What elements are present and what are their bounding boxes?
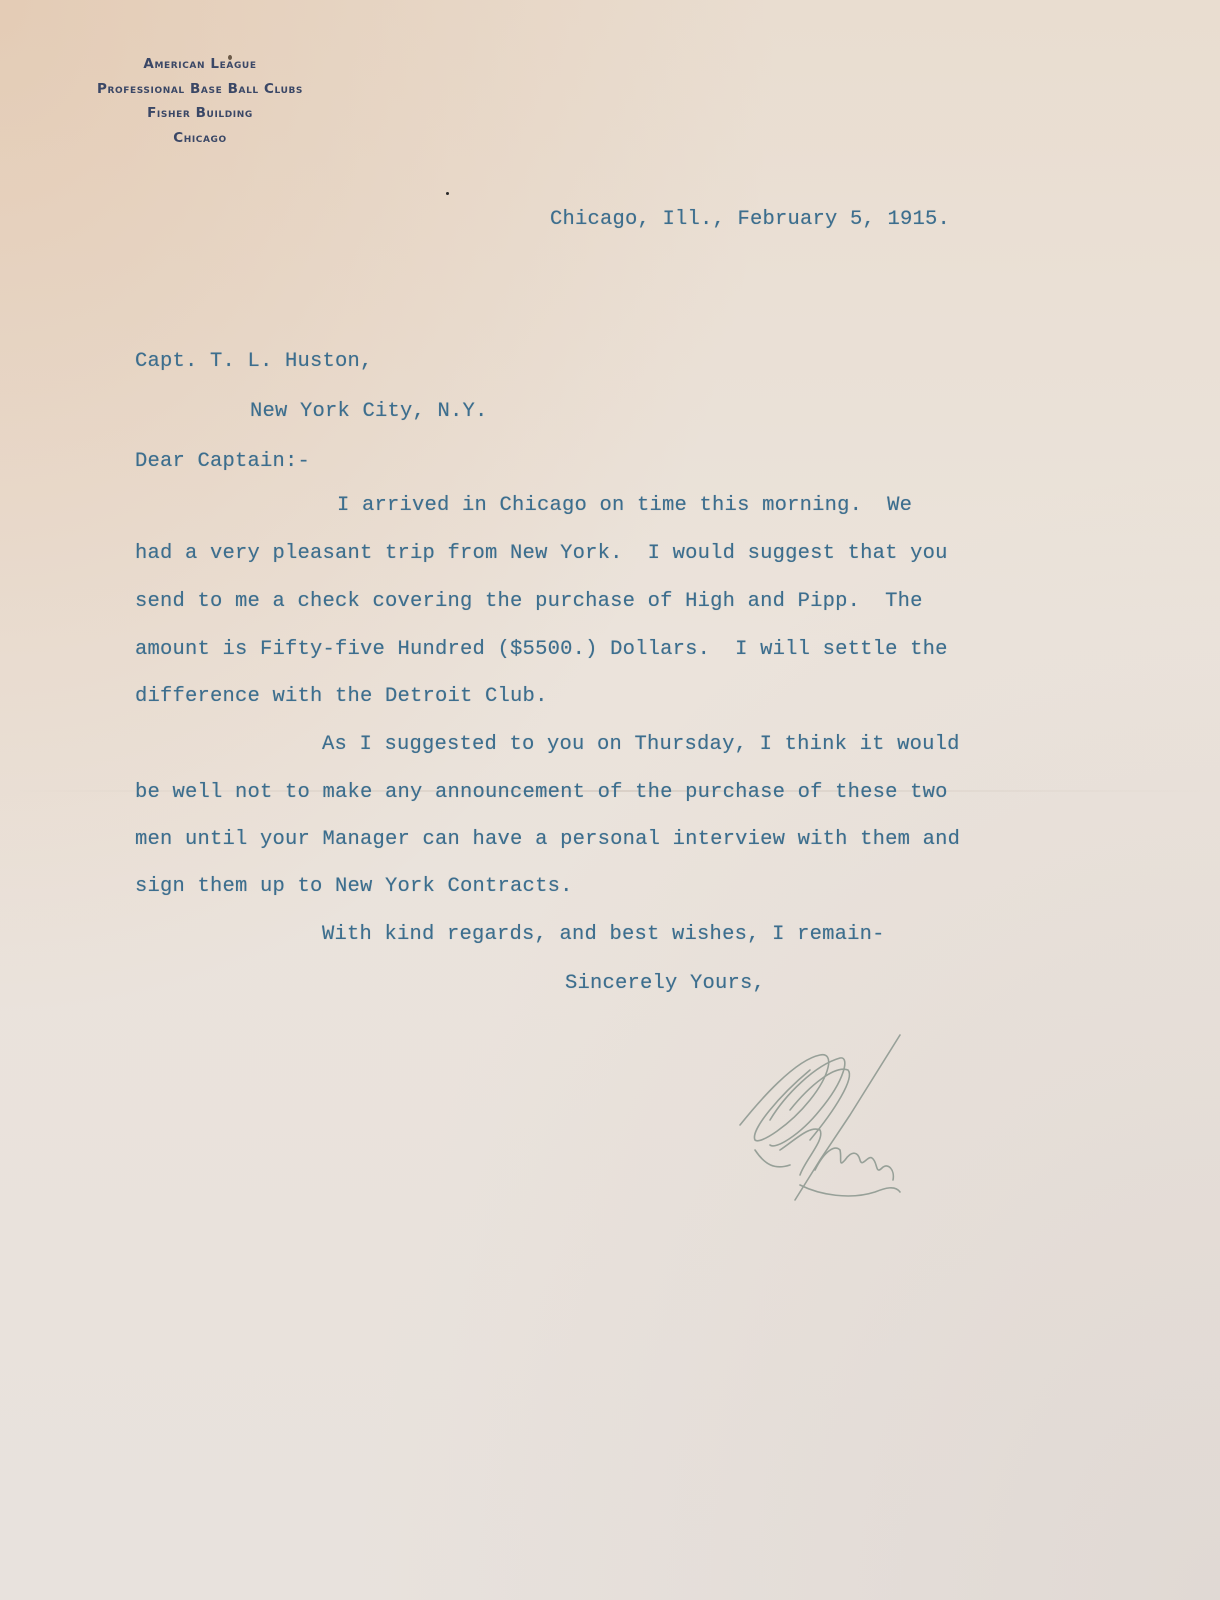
body-line: I arrived in Chicago on time this mornin… — [337, 494, 912, 517]
letterhead: American League Professional Base Ball C… — [50, 52, 350, 150]
body-line: send to me a check covering the purchase… — [135, 590, 923, 613]
body-line: amount is Fifty-five Hundred ($5500.) Do… — [135, 638, 948, 661]
body-line: had a very pleasant trip from New York. … — [135, 542, 948, 565]
letterhead-city: Chicago — [50, 126, 350, 151]
letterhead-subtitle: Professional Base Ball Clubs — [50, 77, 350, 102]
letterhead-organization: American League — [50, 52, 350, 77]
body-line: sign them up to New York Contracts. — [135, 875, 573, 898]
body-line: be well not to make any announcement of … — [135, 781, 948, 804]
recipient-address: New York City, N.Y. — [250, 400, 488, 423]
salutation: Dear Captain:- — [135, 450, 310, 473]
dateline: Chicago, Ill., February 5, 1915. — [550, 208, 950, 231]
closing-regards: With kind regards, and best wishes, I re… — [322, 923, 885, 946]
body-line: men until your Manager can have a person… — [135, 828, 960, 851]
body-line: As I suggested to you on Thursday, I thi… — [322, 733, 960, 756]
recipient-name: Capt. T. L. Huston, — [135, 350, 373, 373]
handwritten-signature — [700, 1000, 930, 1210]
paper-speck — [446, 192, 449, 195]
letterhead-building: Fisher Building — [50, 101, 350, 126]
letter-page: American League Professional Base Ball C… — [0, 0, 1220, 1600]
closing-valediction: Sincerely Yours, — [565, 972, 765, 995]
body-line: difference with the Detroit Club. — [135, 685, 548, 708]
